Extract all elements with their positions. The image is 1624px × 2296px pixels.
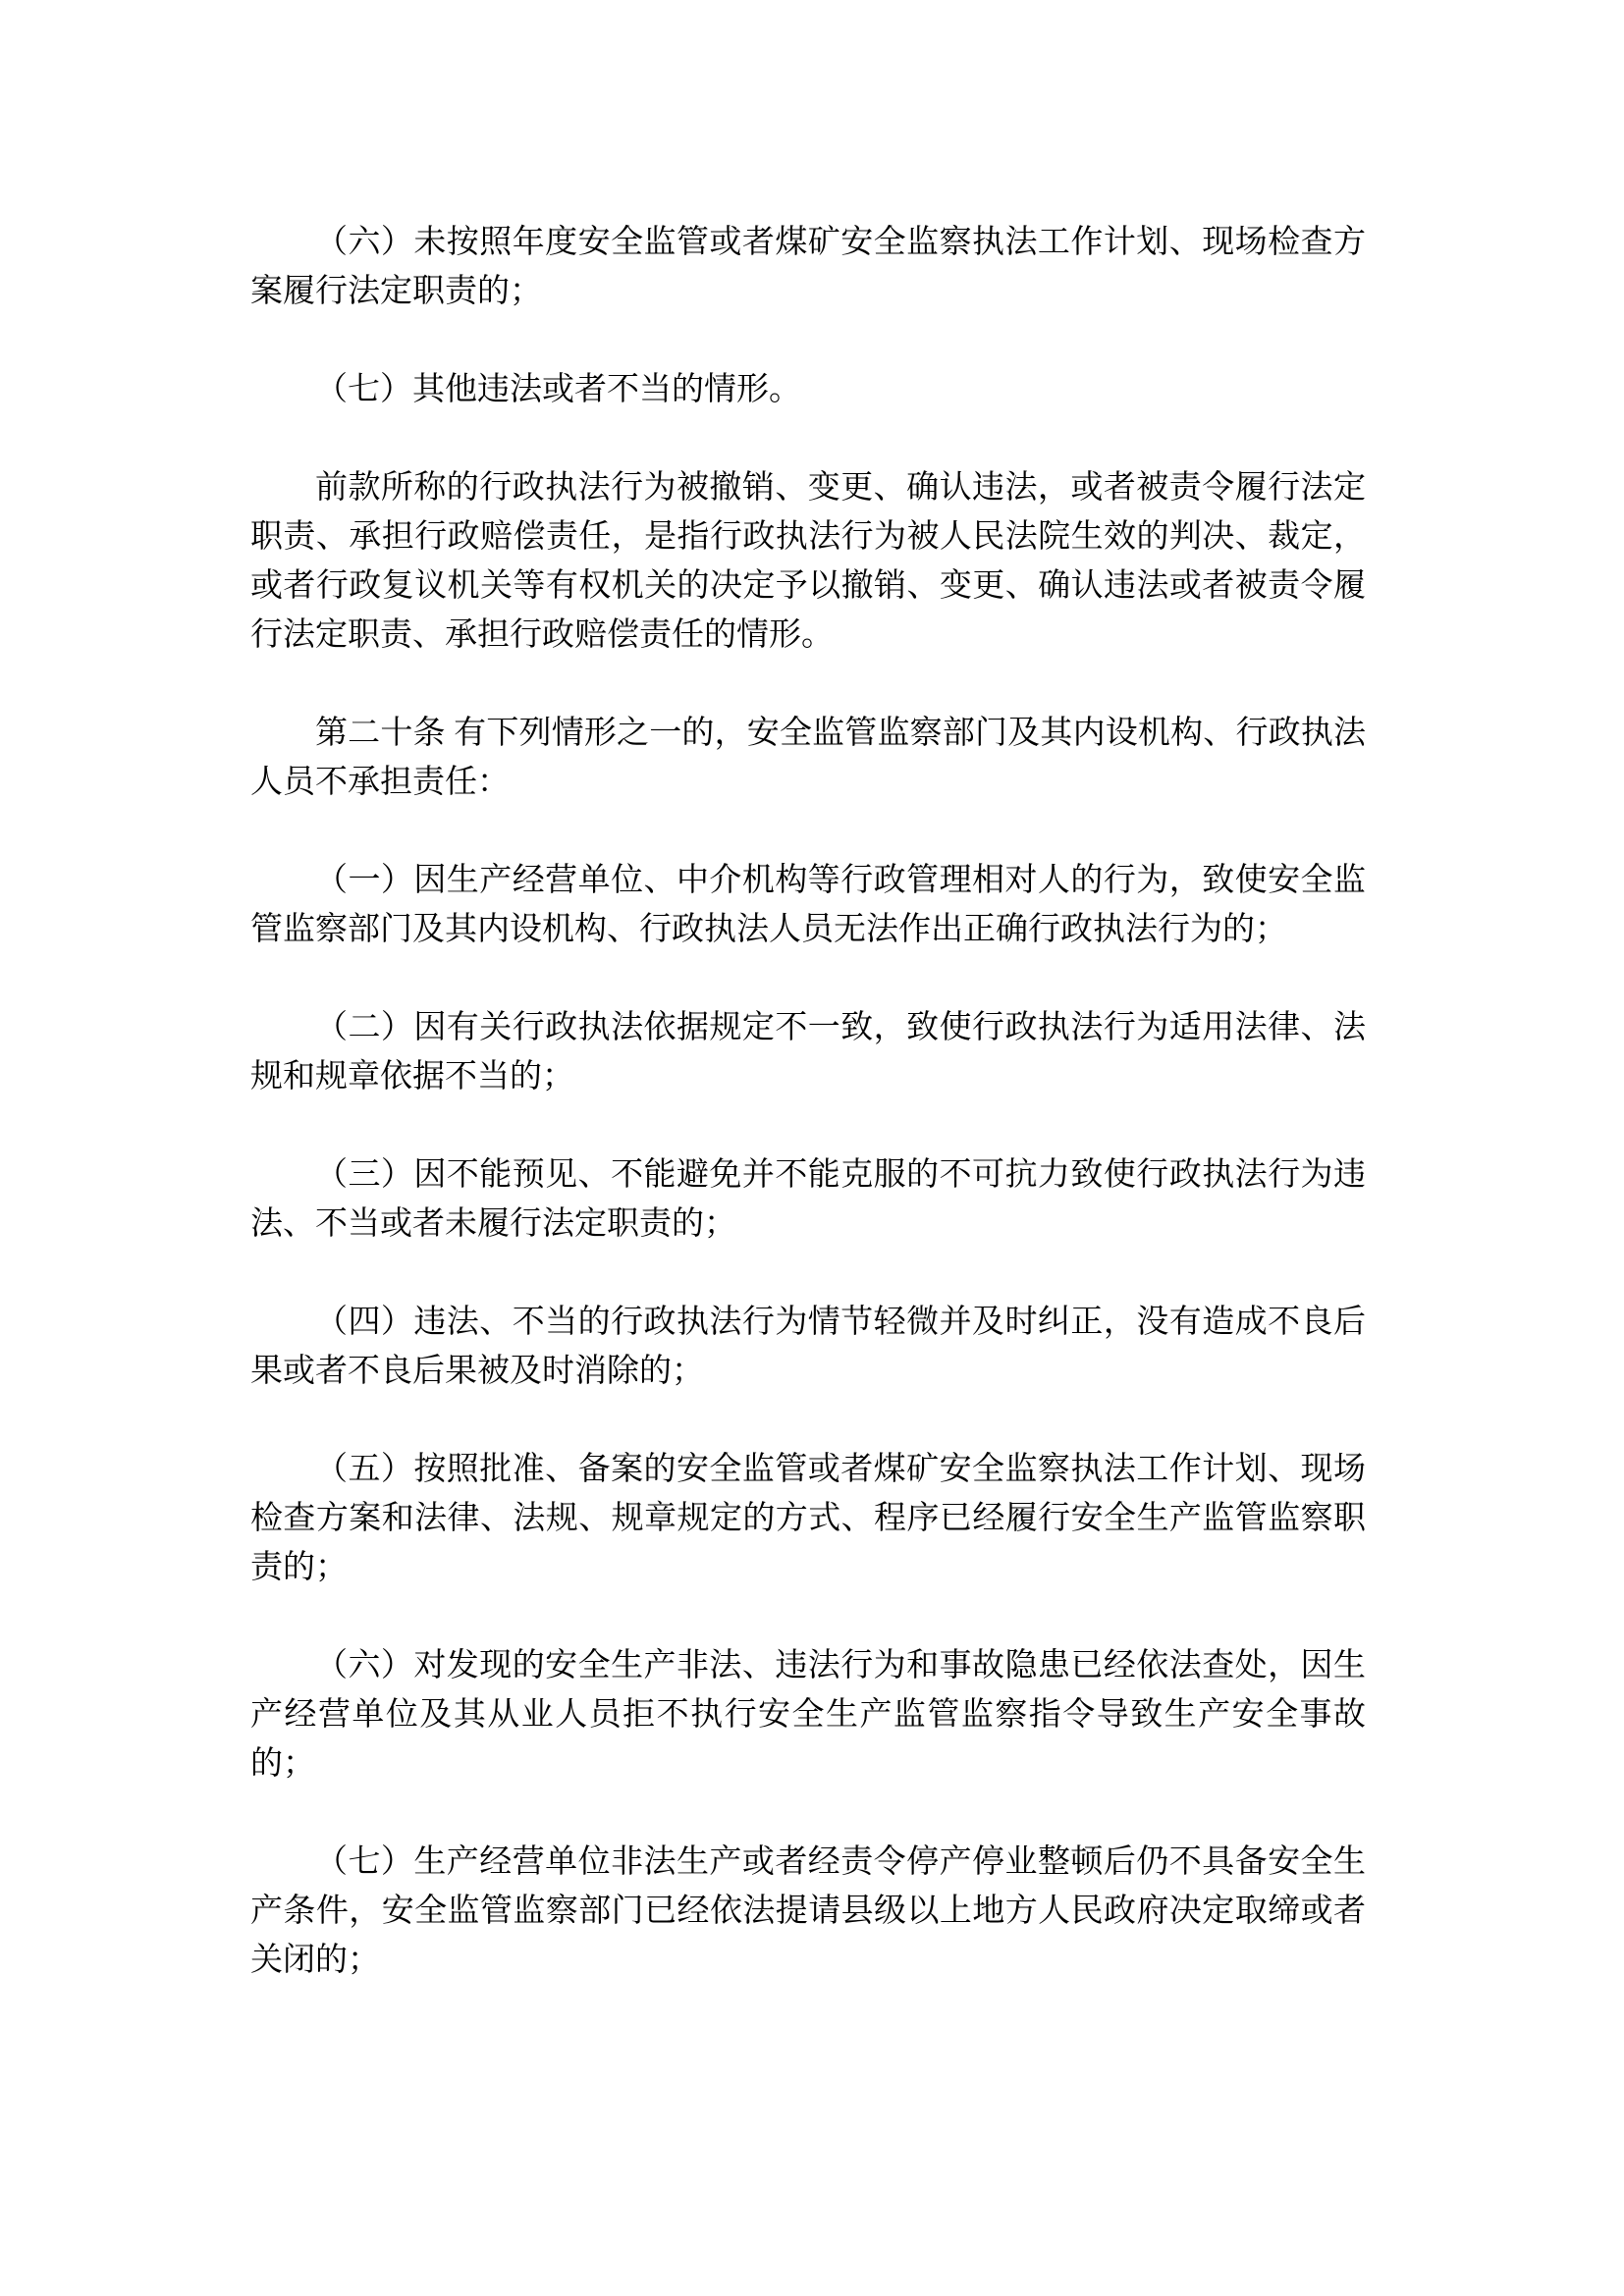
text-line: （五）按照批准、备案的安全监管或者煤矿安全监察执法工作计划、现场 — [250, 1445, 1366, 1494]
text-line: 人员不承担责任： — [250, 758, 1366, 807]
text-line: （七）生产经营单位非法生产或者经责令停产停业整顿后仍不具备安全生 — [250, 1838, 1366, 1887]
text-line: 行法定职责、承担行政赔偿责任的情形。 — [250, 611, 1366, 660]
text-line: （六）未按照年度安全监管或者煤矿安全监察执法工作计划、现场检查方 — [250, 218, 1366, 267]
text-line: 责的； — [250, 1543, 1366, 1592]
text-line: （二）因有关行政执法依据规定不一致，致使行政执法行为适用法律、法 — [250, 1003, 1366, 1052]
text-line: 产经营单位及其从业人员拒不执行安全生产监管监察指令导致生产安全事故 — [250, 1690, 1366, 1739]
paragraph: （七）生产经营单位非法生产或者经责令停产停业整顿后仍不具备安全生产条件，安全监管… — [250, 1838, 1366, 1985]
paragraph: （七）其他违法或者不当的情形。 — [250, 365, 1366, 414]
paragraph: 第二十条 有下列情形之一的，安全监管监察部门及其内设机构、行政执法人员不承担责任… — [250, 709, 1366, 807]
text-line: 职责、承担行政赔偿责任，是指行政执法行为被人民法院生效的判决、裁定， — [250, 512, 1366, 561]
text-line: 的； — [250, 1739, 1366, 1789]
text-line: （一）因生产经营单位、中介机构等行政管理相对人的行为，致使安全监 — [250, 856, 1366, 905]
text-line: 法、不当或者未履行法定职责的； — [250, 1200, 1366, 1249]
text-line: 关闭的； — [250, 1936, 1366, 1985]
text-line: （三）因不能预见、不能避免并不能克服的不可抗力致使行政执法行为违 — [250, 1150, 1366, 1200]
text-line: 第二十条 有下列情形之一的，安全监管监察部门及其内设机构、行政执法 — [250, 709, 1366, 758]
text-line: 检查方案和法律、法规、规章规定的方式、程序已经履行安全生产监管监察职 — [250, 1494, 1366, 1543]
text-line: （七）其他违法或者不当的情形。 — [250, 365, 1366, 414]
paragraph: （三）因不能预见、不能避免并不能克服的不可抗力致使行政执法行为违法、不当或者未履… — [250, 1150, 1366, 1249]
text-line: 前款所称的行政执法行为被撤销、变更、确认违法，或者被责令履行法定 — [250, 463, 1366, 512]
text-line: （六）对发现的安全生产非法、违法行为和事故隐患已经依法查处，因生 — [250, 1641, 1366, 1690]
text-line: 产条件，安全监管监察部门已经依法提请县级以上地方人民政府决定取缔或者 — [250, 1887, 1366, 1936]
paragraph: （二）因有关行政执法依据规定不一致，致使行政执法行为适用法律、法规和规章依据不当… — [250, 1003, 1366, 1101]
paragraph: （六）对发现的安全生产非法、违法行为和事故隐患已经依法查处，因生产经营单位及其从… — [250, 1641, 1366, 1789]
paragraph: （一）因生产经营单位、中介机构等行政管理相对人的行为，致使安全监管监察部门及其内… — [250, 856, 1366, 954]
text-line: 或者行政复议机关等有权机关的决定予以撤销、变更、确认违法或者被责令履 — [250, 561, 1366, 611]
document-page: （六）未按照年度安全监管或者煤矿安全监察执法工作计划、现场检查方案履行法定职责的… — [0, 0, 1624, 2296]
text-line: （四）违法、不当的行政执法行为情节轻微并及时纠正，没有造成不良后 — [250, 1298, 1366, 1347]
text-line: 规和规章依据不当的； — [250, 1052, 1366, 1101]
paragraph: （六）未按照年度安全监管或者煤矿安全监察执法工作计划、现场检查方案履行法定职责的… — [250, 218, 1366, 316]
paragraph: （四）违法、不当的行政执法行为情节轻微并及时纠正，没有造成不良后果或者不良后果被… — [250, 1298, 1366, 1396]
text-line: 管监察部门及其内设机构、行政执法人员无法作出正确行政执法行为的； — [250, 905, 1366, 954]
paragraph: 前款所称的行政执法行为被撤销、变更、确认违法，或者被责令履行法定职责、承担行政赔… — [250, 463, 1366, 660]
document-body: （六）未按照年度安全监管或者煤矿安全监察执法工作计划、现场检查方案履行法定职责的… — [250, 218, 1366, 2034]
text-line: 果或者不良后果被及时消除的； — [250, 1347, 1366, 1396]
paragraph: （五）按照批准、备案的安全监管或者煤矿安全监察执法工作计划、现场检查方案和法律、… — [250, 1445, 1366, 1592]
text-line: 案履行法定职责的； — [250, 267, 1366, 316]
